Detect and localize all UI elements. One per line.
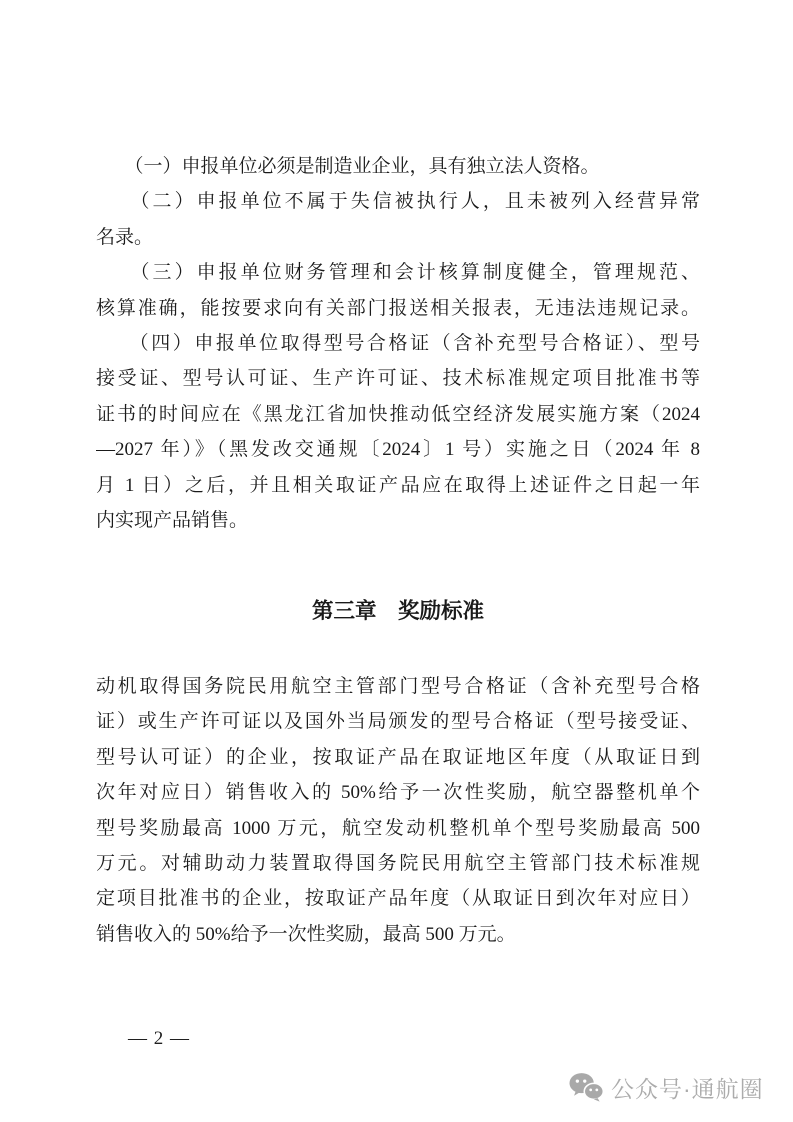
body-line: 证）或生产许可证以及国外当局颁发的型号合格证（型号接受证、 <box>96 704 700 739</box>
body-line: （一）申报单位必须是制造业企业，具有独立法人资格。 <box>96 149 700 184</box>
document-page: （一）申报单位必须是制造业企业，具有独立法人资格。 （二）申报单位不属于失信被执… <box>0 0 793 1122</box>
body-line: 内实现产品销售。 <box>96 503 700 538</box>
body-line: 型号认可证）的企业，按取证产品在取证地区年度（从取证日到 <box>96 740 700 775</box>
body-line: （三）申报单位财务管理和会计核算制度健全，管理规范、 <box>96 255 700 290</box>
body-line: 动机取得国务院民用航空主管部门型号合格证（含补充型号合格 <box>96 669 700 704</box>
body-line: 型号奖励最高 1000 万元，航空发动机整机单个型号奖励最高 500 <box>96 811 700 846</box>
body-line: 次年对应日）销售收入的 50%给予一次性奖励，航空器整机单个 <box>96 775 700 810</box>
body-line: 定项目批准书的企业，按取证产品年度（从取证日到次年对应日） <box>96 881 700 916</box>
body-line: 证书的时间应在《黑龙江省加快推动低空经济发展实施方案（2024 <box>96 397 700 432</box>
watermark: 公众号·通航圈 <box>569 1071 764 1103</box>
body-line: 月 1 日）之后，并且相关取证产品应在取得上述证件之日起一年 <box>96 468 700 503</box>
body-line: （二）申报单位不属于失信被执行人，且未被列入经营异常 <box>96 184 700 219</box>
body-line: —2027 年）》（黑发改交通规〔2024〕1 号）实施之日（2024 年 8 <box>96 432 700 467</box>
body-line: 接受证、型号认可证、生产许可证、技术标准规定项目批准书等 <box>96 361 700 396</box>
chapter-heading: 第三章 奖励标准 <box>96 594 700 629</box>
document-body: （一）申报单位必须是制造业企业，具有独立法人资格。 （二）申报单位不属于失信被执… <box>96 149 700 952</box>
body-line: 核算准确，能按要求向有关部门报送相关报表，无违法违规记录。 <box>96 291 700 326</box>
watermark-text: 公众号·通航圈 <box>611 1071 764 1104</box>
page-number: — 2 — <box>128 1021 190 1056</box>
body-line: 销售收入的 50%给予一次性奖励，最高 500 万元。 <box>96 917 700 952</box>
body-line: 万元。对辅助动力装置取得国务院民用航空主管部门技术标准规 <box>96 846 700 881</box>
wechat-logo-icon <box>569 1072 604 1102</box>
body-line: （四）申报单位取得型号合格证（含补充型号合格证）、型号 <box>96 326 700 361</box>
body-line: 第五条 对民用航空器（含民用无人驾驶航空器）和航空发 <box>96 634 700 669</box>
body-line: 名录。 <box>96 220 700 255</box>
